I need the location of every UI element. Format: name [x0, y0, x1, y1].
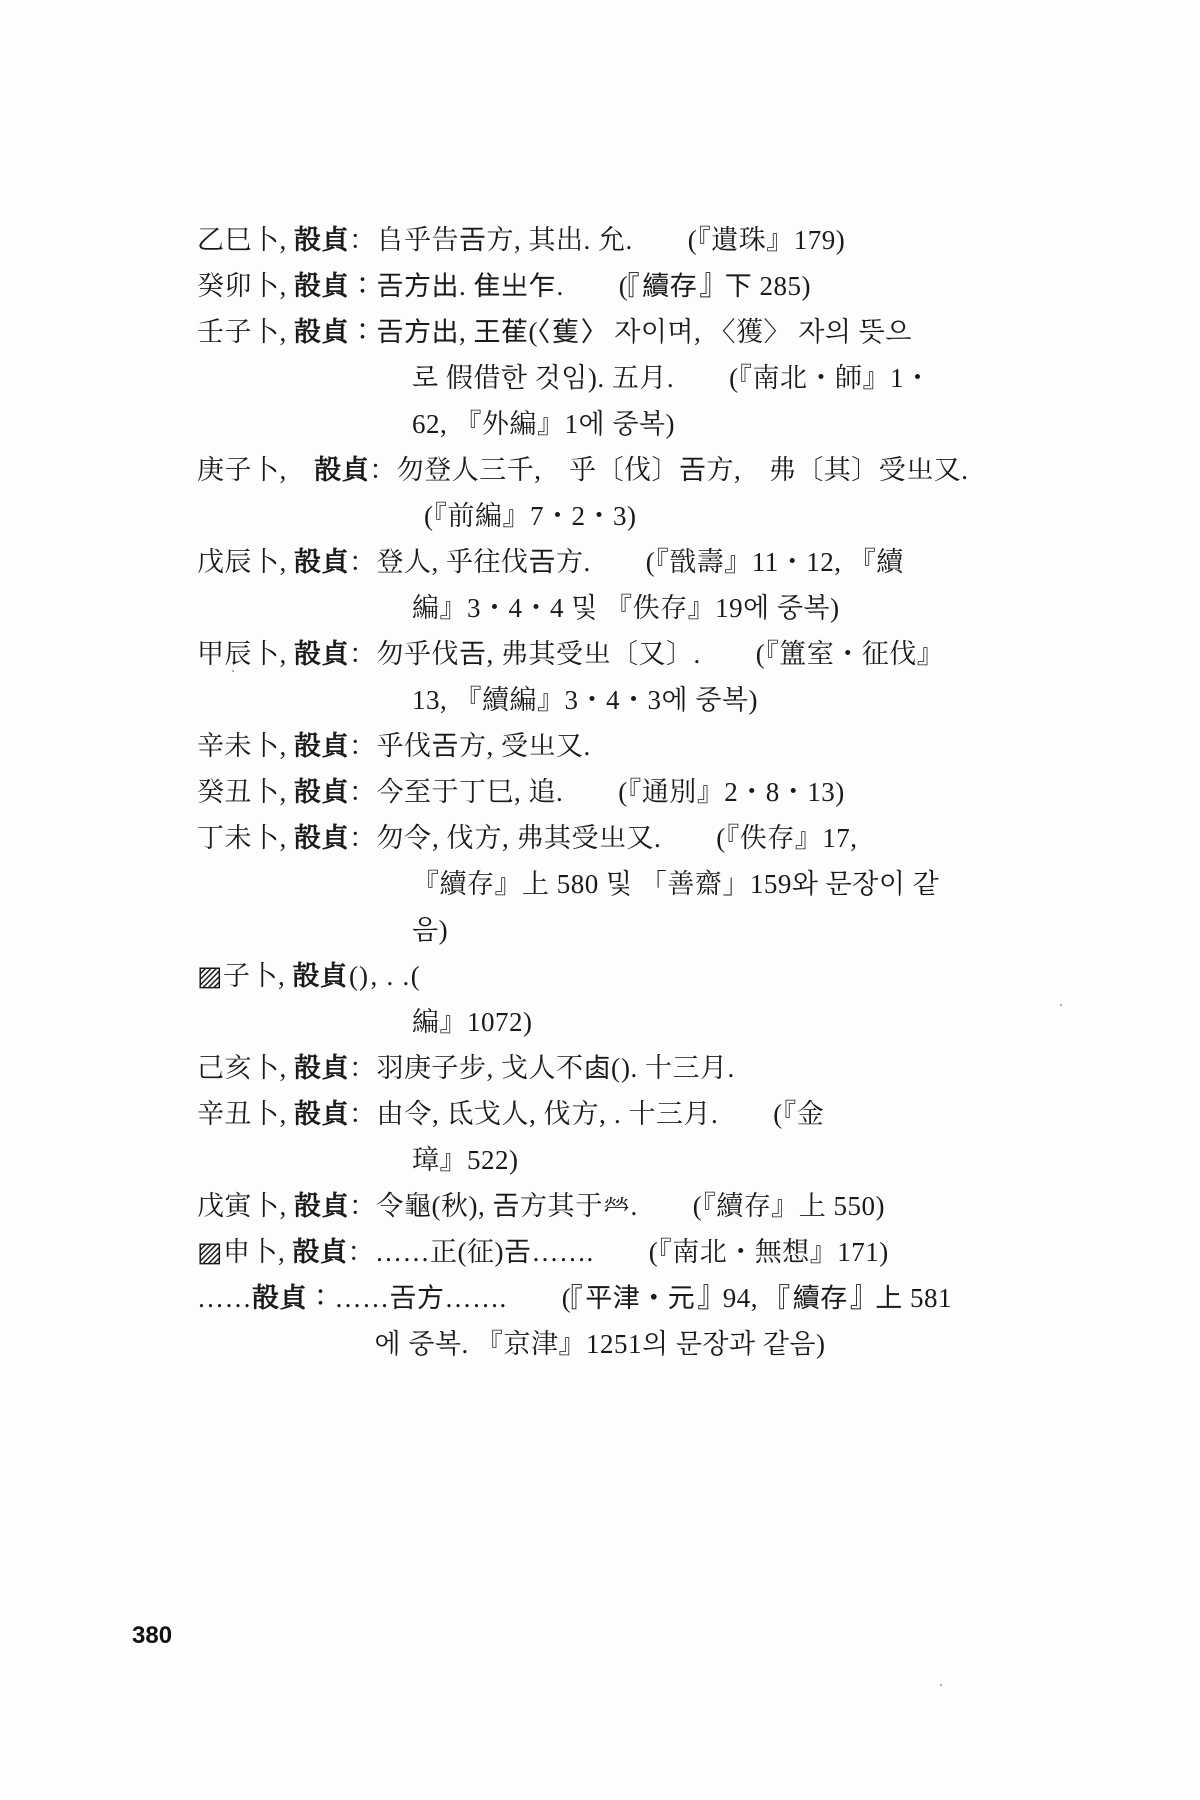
diviner-label: 㱿貞: [294, 777, 349, 807]
entry-body: ：𠦪三(汔)步伐𢀛方, 受㞢又. 十二月. (『粹: [348, 961, 422, 991]
entry-line: 丁未卜, 㱿貞：勿令𠦪, 伐𢀛方, 弗其受㞢又. (『佚存』17,: [197, 820, 858, 856]
diviner-label: 㱿貞: [314, 455, 369, 485]
diviner-label: 㱿貞: [294, 271, 349, 301]
scan-speck: [1060, 1004, 1062, 1006]
entry-body: ：勿登人三千, 乎〔伐〕𢀛方, 弗〔其〕受㞢又.: [369, 455, 968, 485]
entry-line: 辛丑卜, 㱿貞：由𦏲令, 氐戈人, 伐𢀛方, 𢦔. 十三月. (『金: [197, 1096, 824, 1132]
entry-body: ：𢀛方出, 王萑(〈蒦〉 자이며, 〈獲〉 자의 뜻으: [349, 317, 912, 347]
entry-body: ：今至于丁巳, 追. (『通別』2・8・13): [349, 777, 845, 807]
page-number: 380: [132, 1622, 172, 1650]
diviner-label: 㱿貞: [294, 547, 349, 577]
entry-body: ：……正(征)𢀛……. (『南北・無想』171): [348, 1237, 889, 1267]
entry-line: ▨子卜, 㱿貞：𠦪三(汔)步伐𢀛方, 受㞢又. 十二月. (『粹: [197, 958, 421, 994]
entry-prefix: 乙巳卜,: [197, 225, 294, 255]
entry-line: 壬子卜, 㱿貞：𢀛方出, 王萑(〈蒦〉 자이며, 〈獲〉 자의 뜻으: [197, 314, 912, 350]
entry-body: ：……𢀛方……. (『平津・元』94, 『續存』上 581: [307, 1283, 952, 1313]
entry-prefix: 戊寅卜,: [197, 1191, 294, 1221]
entry-body: ：勿乎伐𢀛, 弗其受㞢〔又〕. (『簠室・征伐』: [349, 639, 944, 669]
entry-continuation: 13, 『續編』3・4・3에 중복): [412, 682, 758, 718]
diviner-label: 㱿貞: [294, 1099, 349, 1129]
diviner-label: 㱿貞: [294, 1191, 349, 1221]
entry-continuation: 『續存』上 580 및 「善齋」159와 문장이 같: [412, 866, 939, 902]
entry-body: ：勿令𠦪, 伐𢀛方, 弗其受㞢又. (『佚存』17,: [349, 823, 858, 853]
entry-body: ：𢀛方出. 隹㞢乍𡆥. (『續存』下 285): [349, 271, 811, 301]
entry-prefix: 辛未卜,: [197, 731, 294, 761]
entry-line: 戊寅卜, 㱿貞：令龜(秋), 𢀛方其𡳐于𤇾. (『續存』上 550): [197, 1188, 885, 1224]
entry-body: ：令龜(秋), 𢀛方其𡳐于𤇾. (『續存』上 550): [349, 1191, 885, 1221]
document-page: 乙巳卜, 㱿貞：𠂤乎告𢀛方, 其出. 允. (『遺珠』179) 癸卯卜, 㱿貞：…: [0, 0, 1200, 1800]
entry-line: 己亥卜, 㱿貞：羽庚子步, 戈人不𠧪(𦅸). 十三月.: [197, 1050, 735, 1086]
entry-prefix: ▨子卜,: [197, 961, 293, 991]
diviner-label: 㱿貞: [294, 225, 349, 255]
entry-body: ：由𦏲令, 氐戈人, 伐𢀛方, 𢦔. 十三月. (『金: [349, 1099, 824, 1129]
diviner-label: 㱿貞: [294, 317, 349, 347]
entry-prefix: 甲辰卜,: [197, 639, 294, 669]
entry-line: 癸卯卜, 㱿貞：𢀛方出. 隹㞢乍𡆥. (『續存』下 285): [197, 268, 811, 304]
entry-prefix: 癸丑卜,: [197, 777, 294, 807]
entry-line: ……㱿貞：……𢀛方……. (『平津・元』94, 『續存』上 581: [197, 1280, 952, 1316]
entry-prefix: 庚子卜,: [197, 455, 314, 485]
entry-body: ：羽庚子步, 戈人不𠧪(𦅸). 十三月.: [349, 1053, 735, 1083]
entry-continuation: 編』1072): [412, 1004, 533, 1040]
entry-line: 庚子卜, 㱿貞：勿登人三千, 乎〔伐〕𢀛方, 弗〔其〕受㞢又.: [197, 452, 969, 488]
entry-line: 癸丑卜, 㱿貞：今至于丁巳, 追. (『通別』2・8・13): [197, 774, 845, 810]
diviner-label: 㱿貞: [293, 961, 348, 991]
entry-body: ：𠂤乎告𢀛方, 其出. 允. (『遺珠』179): [349, 225, 845, 255]
entry-line: 辛未卜, 㱿貞：乎伐𢀛方, 受㞢又.: [197, 728, 591, 764]
diviner-label: 㱿貞: [294, 639, 349, 669]
entry-line: 乙巳卜, 㱿貞：𠂤乎告𢀛方, 其出. 允. (『遺珠』179): [197, 222, 845, 258]
entry-prefix: 壬子卜,: [197, 317, 294, 347]
entry-line: 戊辰卜, 㱿貞：登人, 乎往伐𢀛方. (『戩壽』11・12, 『續: [197, 544, 904, 580]
entry-continuation: 음): [412, 912, 448, 948]
entry-continuation: 62, 『外編』1에 중복): [412, 406, 675, 442]
diviner-label: 㱿貞: [293, 1237, 348, 1267]
entry-prefix: 己亥卜,: [197, 1053, 294, 1083]
entry-continuation: 璋』522): [412, 1142, 519, 1178]
entry-prefix: 辛丑卜,: [197, 1099, 294, 1129]
entry-prefix: ……: [197, 1283, 252, 1313]
diviner-label: 㱿貞: [294, 1053, 349, 1083]
entry-prefix: 丁未卜,: [197, 823, 294, 853]
entry-continuation: (『前編』7・2・3): [424, 498, 636, 534]
entry-prefix: ▨申卜,: [197, 1237, 293, 1267]
entry-line: 甲辰卜, 㱿貞：勿乎伐𢀛, 弗其受㞢〔又〕. (『簠室・征伐』: [197, 636, 944, 672]
entry-prefix: 癸卯卜,: [197, 271, 294, 301]
scan-speck: [940, 1684, 942, 1686]
entry-continuation: 編』3・4・4 및 『佚存』19에 중복): [412, 590, 840, 626]
diviner-label: 㱿貞: [252, 1283, 307, 1313]
entry-body: ：登人, 乎往伐𢀛方. (『戩壽』11・12, 『續: [349, 547, 904, 577]
entry-continuation: 로 假借한 것임). 五月. (『南北・師』1・: [412, 360, 932, 396]
diviner-label: 㱿貞: [294, 731, 349, 761]
scan-speck: [232, 670, 234, 672]
diviner-label: 㱿貞: [294, 823, 349, 853]
entry-body: ：乎伐𢀛方, 受㞢又.: [349, 731, 591, 761]
entry-line: ▨申卜, 㱿貞：……正(征)𢀛……. (『南北・無想』171): [197, 1234, 889, 1270]
entry-continuation: 에 중복. 『京津』1251의 문장과 같음): [0, 1326, 1200, 1362]
entry-prefix: 戊辰卜,: [197, 547, 294, 577]
